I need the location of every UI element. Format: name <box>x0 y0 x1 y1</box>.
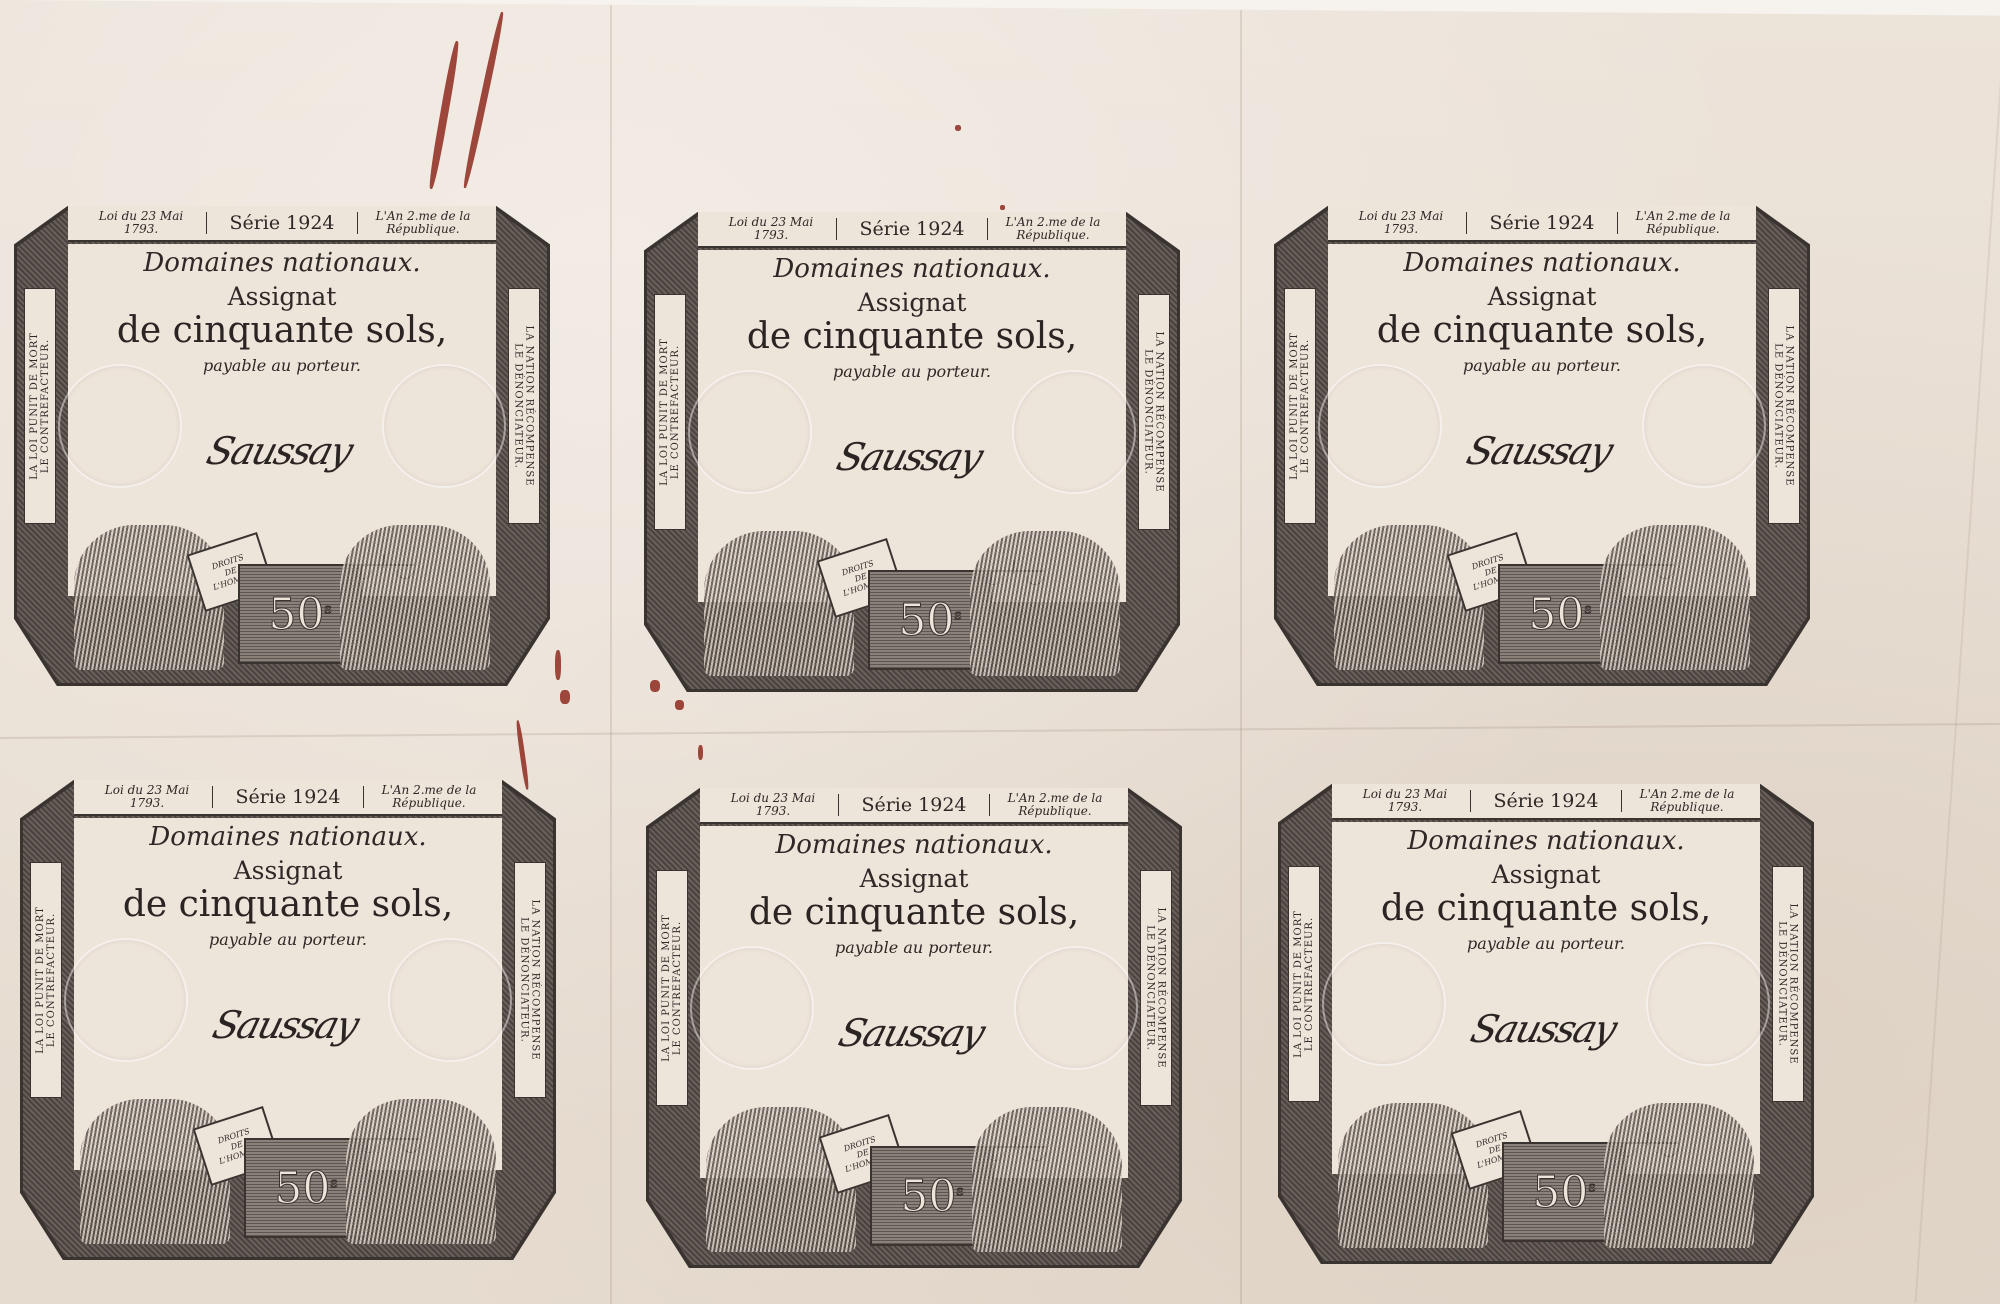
denomination: de cinquante sols, <box>1328 310 1756 351</box>
law-date: Loi du 23 Mai 1793. <box>82 784 212 810</box>
law-date: Loi du 23 Mai 1793. <box>708 792 838 818</box>
note-title: Domaines nationaux. <box>700 830 1128 860</box>
reward-inscription: LA NATION RÉCOMPENSE LE DÉNONCIATEUR. <box>1768 288 1800 524</box>
payable-text: payable au porteur. <box>1328 356 1756 375</box>
note-kind: Assignat <box>698 288 1126 317</box>
allegorical-vignette: DROITS DE L'HOMME 50s <box>686 1102 1142 1252</box>
payable-text: payable au porteur. <box>74 930 502 949</box>
assignat-note-bottom-left: Loi du 23 Mai 1793. Série 1924 L'An 2.me… <box>20 780 556 1260</box>
denomination: de cinquante sols, <box>1332 888 1760 929</box>
assignat-note-bottom-center: Loi du 23 Mai 1793. Série 1924 L'An 2.me… <box>646 788 1182 1268</box>
reward-inscription: LA NATION RÉCOMPENSE LE DÉNONCIATEUR. <box>1140 870 1172 1106</box>
value-numeral: 50s <box>268 589 331 640</box>
embossed-seal <box>64 938 188 1062</box>
ink-stain <box>955 125 961 131</box>
note-title: Domaines nationaux. <box>74 822 502 852</box>
allegorical-vignette: DROITS DE L'HOMME 50s <box>1314 520 1770 670</box>
signature: Saussay <box>1466 1007 1620 1051</box>
seated-figure-justice <box>1600 525 1750 670</box>
signature: Saussay <box>832 435 986 479</box>
embossed-seal <box>1642 364 1766 488</box>
reward-inscription: LA NATION RÉCOMPENSE LE DÉNONCIATEUR. <box>514 862 546 1098</box>
payable-text: payable au porteur. <box>1332 934 1760 953</box>
embossed-seal <box>688 370 812 494</box>
republic-year: L'An 2.me de la République. <box>990 792 1120 818</box>
republic-year: L'An 2.me de la République. <box>1622 788 1752 814</box>
embossed-seal <box>58 364 182 488</box>
fold-line <box>1915 2 2000 1303</box>
value-numeral: 50s <box>1532 1167 1595 1218</box>
embossed-seal <box>382 364 506 488</box>
ink-stain <box>427 40 461 189</box>
embossed-seal <box>690 946 814 1070</box>
seated-figure-justice <box>340 525 490 670</box>
allegorical-vignette: DROITS DE L'HOMME 50s <box>60 1094 516 1244</box>
denomination: de cinquante sols, <box>68 310 496 351</box>
assignat-note-top-left: Loi du 23 Mai 1793. Série 1924 L'An 2.me… <box>14 206 550 686</box>
note-header: Loi du 23 Mai 1793. Série 1924 L'An 2.me… <box>698 212 1126 248</box>
series-number: Série 1924 <box>206 212 357 234</box>
republic-year: L'An 2.me de la République. <box>358 210 488 236</box>
note-kind: Assignat <box>68 282 496 311</box>
ink-stain <box>461 11 505 189</box>
note-kind: Assignat <box>1328 282 1756 311</box>
signature: Saussay <box>202 429 356 473</box>
reward-inscription: LA NATION RÉCOMPENSE LE DÉNONCIATEUR. <box>1138 294 1170 530</box>
seated-figure-justice <box>972 1107 1122 1252</box>
republic-year: L'An 2.me de la République. <box>1618 210 1748 236</box>
note-header: Loi du 23 Mai 1793. Série 1924 L'An 2.me… <box>1328 206 1756 242</box>
series-number: Série 1924 <box>1470 790 1621 812</box>
seated-figure-justice <box>346 1099 496 1244</box>
signature: Saussay <box>1462 429 1616 473</box>
law-date: Loi du 23 Mai 1793. <box>706 216 836 242</box>
seated-figure-justice <box>970 531 1120 676</box>
note-title: Domaines nationaux. <box>1332 826 1760 856</box>
embossed-seal <box>1322 942 1446 1066</box>
value-numeral: 50s <box>274 1163 337 1214</box>
payable-text: payable au porteur. <box>698 362 1126 381</box>
note-header: Loi du 23 Mai 1793. Série 1924 L'An 2.me… <box>700 788 1128 824</box>
note-kind: Assignat <box>1332 860 1760 889</box>
assignat-note-bottom-right: Loi du 23 Mai 1793. Série 1924 L'An 2.me… <box>1278 784 1814 1264</box>
series-number: Série 1924 <box>212 786 363 808</box>
fold-line <box>0 723 2000 739</box>
ink-stain <box>698 745 703 760</box>
embossed-seal <box>1646 942 1770 1066</box>
note-title: Domaines nationaux. <box>698 254 1126 284</box>
payable-text: payable au porteur. <box>68 356 496 375</box>
ink-stain <box>1000 205 1005 210</box>
fold-line <box>1240 0 1242 1304</box>
warning-inscription: LA LOI PUNIT DE MORT LE CONTREFACTEUR. <box>1288 866 1320 1102</box>
law-date: Loi du 23 Mai 1793. <box>76 210 206 236</box>
embossed-seal <box>1318 364 1442 488</box>
series-number: Série 1924 <box>836 218 987 240</box>
ink-stain <box>555 650 561 680</box>
allegorical-vignette: DROITS DE L'HOMME 50s <box>54 520 510 670</box>
warning-inscription: LA LOI PUNIT DE MORT LE CONTREFACTEUR. <box>24 288 56 524</box>
note-title: Domaines nationaux. <box>1328 248 1756 278</box>
value-numeral: 50s <box>900 1171 963 1222</box>
fold-line <box>610 0 612 1304</box>
payable-text: payable au porteur. <box>700 938 1128 957</box>
warning-inscription: LA LOI PUNIT DE MORT LE CONTREFACTEUR. <box>656 870 688 1106</box>
reward-inscription: LA NATION RÉCOMPENSE LE DÉNONCIATEUR. <box>1772 866 1804 1102</box>
law-date: Loi du 23 Mai 1793. <box>1336 210 1466 236</box>
law-date: Loi du 23 Mai 1793. <box>1340 788 1470 814</box>
warning-inscription: LA LOI PUNIT DE MORT LE CONTREFACTEUR. <box>654 294 686 530</box>
allegorical-vignette: DROITS DE L'HOMME 50s <box>684 526 1140 676</box>
series-number: Série 1924 <box>1466 212 1617 234</box>
value-numeral: 50s <box>1528 589 1591 640</box>
note-header: Loi du 23 Mai 1793. Série 1924 L'An 2.me… <box>1332 784 1760 820</box>
ink-stain <box>675 700 684 710</box>
denomination: de cinquante sols, <box>698 316 1126 357</box>
reward-inscription: LA NATION RÉCOMPENSE LE DÉNONCIATEUR. <box>508 288 540 524</box>
ink-stain <box>560 690 570 704</box>
note-header: Loi du 23 Mai 1793. Série 1924 L'An 2.me… <box>68 206 496 242</box>
denomination: de cinquante sols, <box>700 892 1128 933</box>
warning-inscription: LA LOI PUNIT DE MORT LE CONTREFACTEUR. <box>30 862 62 1098</box>
allegorical-vignette: DROITS DE L'HOMME 50s <box>1318 1098 1774 1248</box>
seated-figure-justice <box>1604 1103 1754 1248</box>
signature: Saussay <box>834 1011 988 1055</box>
note-title: Domaines nationaux. <box>68 248 496 278</box>
note-header: Loi du 23 Mai 1793. Série 1924 L'An 2.me… <box>74 780 502 816</box>
assignat-note-top-right: Loi du 23 Mai 1793. Série 1924 L'An 2.me… <box>1274 206 1810 686</box>
embossed-seal <box>1012 370 1136 494</box>
warning-inscription: LA LOI PUNIT DE MORT LE CONTREFACTEUR. <box>1284 288 1316 524</box>
embossed-seal <box>1014 946 1138 1070</box>
embossed-seal <box>388 938 512 1062</box>
republic-year: L'An 2.me de la République. <box>364 784 494 810</box>
signature: Saussay <box>208 1003 362 1047</box>
denomination: de cinquante sols, <box>74 884 502 925</box>
series-number: Série 1924 <box>838 794 989 816</box>
value-numeral: 50s <box>898 595 961 646</box>
note-kind: Assignat <box>700 864 1128 893</box>
republic-year: L'An 2.me de la République. <box>988 216 1118 242</box>
assignat-note-top-center: Loi du 23 Mai 1793. Série 1924 L'An 2.me… <box>644 212 1180 692</box>
note-kind: Assignat <box>74 856 502 885</box>
